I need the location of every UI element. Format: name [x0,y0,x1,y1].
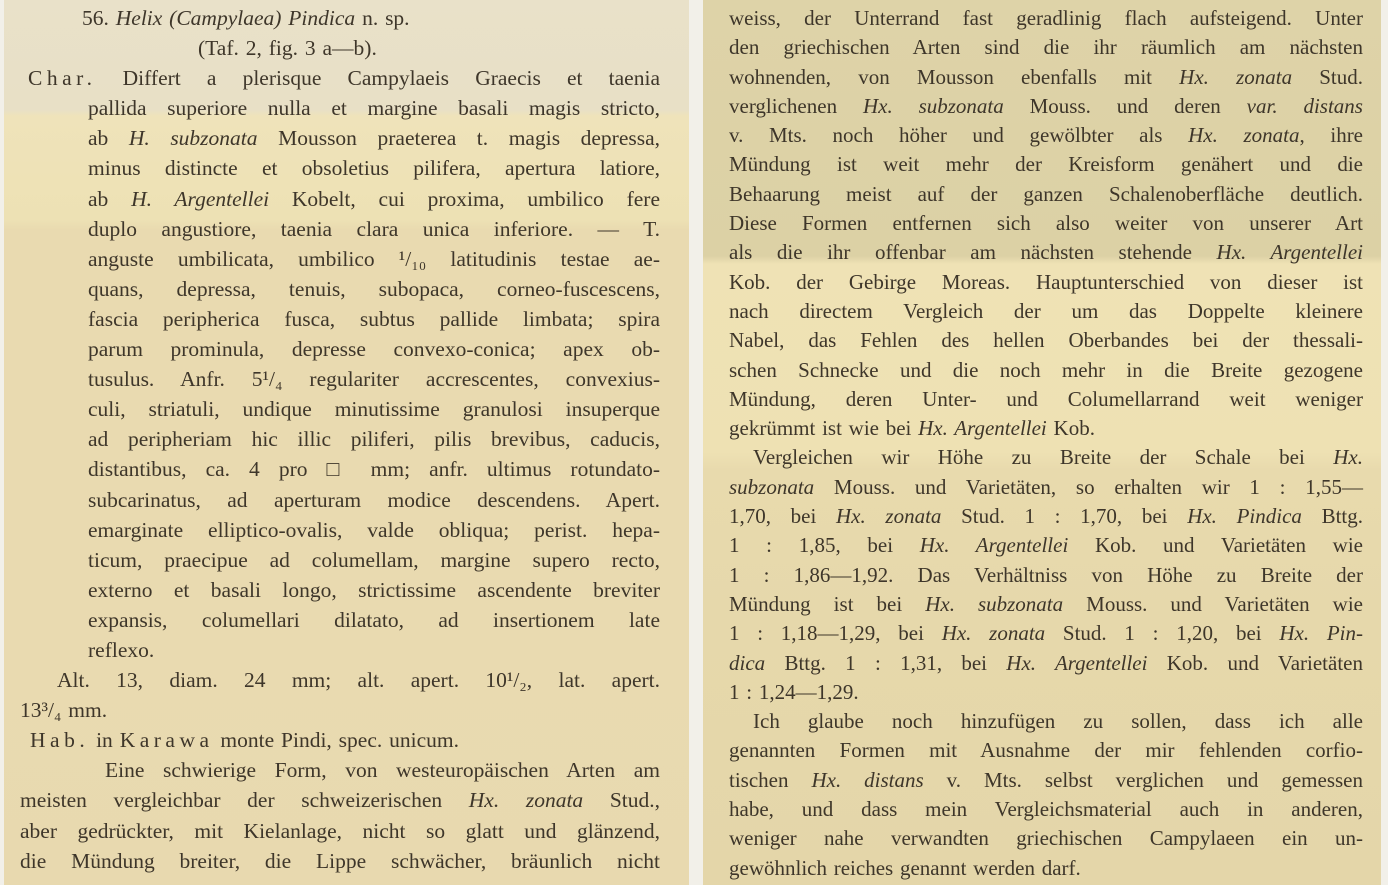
text-line: Nabel, das Fehlen des hellen Oberbandes … [729,326,1363,355]
letterspaced-term: Char. [28,66,96,90]
text-line: reflexo. [88,635,660,665]
text-line: 1 : 1,18—1,29, bei Hx. zonata Stud. 1 : … [729,619,1363,648]
text-line: culi, striatuli, undique minutissime gra… [88,394,660,424]
text-line: gewöhnlich reiches genannt werden darf. [729,854,1363,883]
text-line: distantibus, ca. 4 pro □ mm; anfr. ultim… [88,454,660,484]
book-page-scan: { "colors": { "paper_tan": "#e9dab0", "p… [0,0,1388,885]
text-line: 56. Helix (Campylaea) Pindica n. sp. [82,3,660,33]
left-page-column: 56. Helix (Campylaea) Pindica n. sp.(Taf… [4,0,689,885]
text-line: subcarinatus, ad aperturam modice descen… [88,485,660,515]
taxon-name-italic: dica [729,651,765,675]
text-line: ab H. Argentellei Kobelt, cui proxima, u… [88,184,660,214]
text-line: 13³/₄ mm. [20,695,660,725]
left-column-text: 56. Helix (Campylaea) Pindica n. sp.(Taf… [20,3,660,876]
taxon-name-italic: Hx. zonata [469,788,583,812]
taxon-name-italic: H. Argentellei [131,187,269,211]
text-line: parum prominula, depresse convexo-conica… [88,334,660,364]
text-line: pallida superiore nulla et margine basal… [88,93,660,123]
text-line: Vergleichen wir Höhe zu Breite der Schal… [753,443,1363,472]
text-line: aber gedrückter, mit Kielanlage, nicht s… [20,816,660,846]
text-line: weniger nahe verwandten griechischen Cam… [729,824,1363,853]
letterspaced-term: Hab. [30,728,89,752]
text-line: tischen Hx. distans v. Mts. selbst vergl… [729,766,1363,795]
text-line: verglichenen Hx. subzonata Mouss. und de… [729,92,1363,121]
text-line: (Taf. 2, fig. 3 a—b). [198,33,660,63]
taxon-name-italic: subzonata [729,475,814,499]
taxon-name-italic: Hx. [1333,445,1363,469]
right-column-text: weiss, der Unterrand fast geradlinig fla… [729,4,1363,883]
text-line: Behaarung meist auf der ganzen Schalenob… [729,180,1363,209]
text-line: v. Mts. noch höher und gewölbter als Hx.… [729,121,1363,150]
text-line: anguste umbilicata, umbilico ¹/₁₀ latitu… [88,244,660,274]
text-line: ticum, praecipue ad columellam, margine … [88,545,660,575]
taxon-name-italic: Helix (Campylaea) Pindica [116,6,355,30]
text-line: genannten Formen mit Ausnahme der mir fe… [729,736,1363,765]
text-line: Mündung, deren Unter- und Columellarrand… [729,385,1363,414]
text-line: Kob. der Gebirge Moreas. Hauptunterschie… [729,268,1363,297]
text-line: subzonata Mouss. und Varietäten, so erha… [729,473,1363,502]
text-line: Mündung ist bei Hx. subzonata Mouss. und… [729,590,1363,619]
text-line: 1 : 1,85, bei Hx. Argentellei Kob. und V… [729,531,1363,560]
taxon-name-italic: H. subzonata [129,126,258,150]
letterspaced-term: Karawa [120,728,214,752]
text-line: habe, und dass mein Vergleichsmaterial a… [729,795,1363,824]
right-page-column: weiss, der Unterrand fast geradlinig fla… [703,0,1381,885]
text-line: minus distincte et obsoletius pilifera, … [88,153,660,183]
text-line: Eine schwierige Form, von westeuropäisch… [105,755,660,785]
text-line: tusulus. Anfr. 5¹/₄ regulariter accresce… [88,364,660,394]
text-line: externo et basali longo, strictissime as… [88,575,660,605]
taxon-name-italic: Hx. distans [811,768,923,792]
taxon-name-italic: Hx. subzonata [925,592,1063,616]
text-line: Char. Differt a plerisque Campylaeis Gra… [28,63,660,93]
text-line: duplo angustiore, taenia clara unica inf… [88,214,660,244]
text-line: quans, depressa, tenuis, subopaca, corne… [88,274,660,304]
text-line: meisten vergleichbar der schweizerischen… [20,785,660,815]
taxon-name-italic: Hx. zonata [942,621,1045,645]
text-line: ab H. subzonata Mousson praeterea t. mag… [88,123,660,153]
text-line: Diese Formen entfernen sich also weiter … [729,209,1363,238]
taxon-name-italic: Hx. Argentellei [1217,240,1363,264]
text-line: dica Bttg. 1 : 1,31, bei Hx. Argentellei… [729,649,1363,678]
text-line: 1 : 1,86—1,92. Das Verhältniss von Höhe … [729,561,1363,590]
taxon-name-italic: Hx. Argentellei [920,533,1069,557]
text-line: ad peripheriam hic illic piliferi, pilis… [88,424,660,454]
taxon-name-italic: Hx. zonata [836,504,941,528]
text-line: die Mündung breiter, die Lippe schwächer… [20,846,660,876]
taxon-name-italic: Hx. Argentellei [918,416,1047,440]
text-line: fascia peripherica fusca, subtus pallide… [88,304,660,334]
taxon-name-italic: Hx. Pin- [1279,621,1363,645]
text-line: weiss, der Unterrand fast geradlinig fla… [729,4,1363,33]
text-line: wohnenden, von Mousson ebenfalls mit Hx.… [729,63,1363,92]
text-line: emarginate elliptico-ovalis, valde obliq… [88,515,660,545]
taxon-name-italic: Hx. zonata [1188,123,1299,147]
text-line: Hab. in Karawa monte Pindi, spec. unicum… [30,725,660,755]
text-line: nach directem Vergleich der um das Doppe… [729,297,1363,326]
text-line: expansis, columellari dilatato, ad inser… [88,605,660,635]
taxon-name-italic: var. distans [1247,94,1363,118]
text-line: Alt. 13, diam. 24 mm; alt. apert. 10¹/₂,… [57,665,660,695]
text-line: als die ihr offenbar am nächsten stehend… [729,238,1363,267]
text-line: gekrümmt ist wie bei Hx. Argentellei Kob… [729,414,1363,443]
taxon-name-italic: Hx. subzonata [863,94,1004,118]
text-line: 1,70, bei Hx. zonata Stud. 1 : 1,70, bei… [729,502,1363,531]
text-line: 1 : 1,24—1,29. [729,678,1363,707]
text-line: schen Schnecke und die noch mehr in die … [729,356,1363,385]
text-line: Ich glaube noch hinzufügen zu sollen, da… [753,707,1363,736]
text-line: Mündung ist weit mehr der Kreisform genä… [729,150,1363,179]
taxon-name-italic: Hx. Argentellei [1006,651,1147,675]
taxon-name-italic: Hx. zonata [1179,65,1292,89]
text-line: den griechischen Arten sind die ihr räum… [729,33,1363,62]
taxon-name-italic: Hx. Pindica [1187,504,1302,528]
